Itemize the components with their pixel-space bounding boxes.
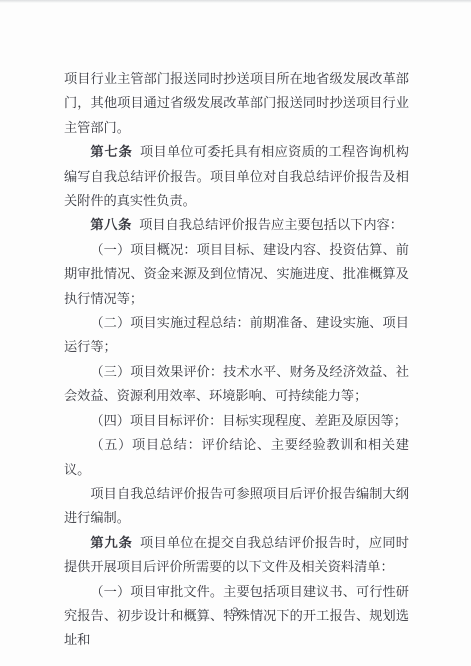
paragraph-text: 项目自我总结评价报告可参照项目后评价报告编制大纲进行编制。 (64, 486, 409, 525)
paragraph-text: （五）项目总结：评价结论、主要经验教训和相关建议。 (64, 437, 409, 476)
paragraph: （四）项目目标评价：目标实现程度、差距及原因等； (64, 409, 409, 433)
paragraph-text: （三）项目效果评价：技术水平、财务及经济效益、社会效益、资源利用效率、环境影响、… (64, 364, 409, 403)
paragraph: （三）项目效果评价：技术水平、财务及经济效益、社会效益、资源利用效率、环境影响、… (64, 360, 409, 409)
paragraph: （二）项目实施过程总结：前期准备、建设实施、项目运行等； (64, 311, 409, 360)
paragraph: 第七条项目单位可委托具有相应资质的工程咨询机构编写自我总结评价报告。项目单位对自… (64, 140, 409, 213)
page-number: 3 (0, 605, 471, 620)
document-page: 项目行业主管部门报送同时抄送项目所在地省级发展改革部门，其他项目通过省级发展改革… (0, 0, 471, 666)
article-number: 第九条 (90, 535, 132, 550)
paragraph: 项目行业主管部门报送同时抄送项目所在地省级发展改革部门，其他项目通过省级发展改革… (64, 67, 409, 140)
paragraph-text: 项目行业主管部门报送同时抄送项目所在地省级发展改革部门，其他项目通过省级发展改革… (64, 71, 409, 135)
paragraph-text: （二）项目实施过程总结：前期准备、建设实施、项目运行等； (64, 315, 409, 354)
paragraph: 第八条项目自我总结评价报告应主要包括以下内容： (64, 213, 409, 237)
article-number: 第八条 (90, 217, 132, 232)
document-body: 项目行业主管部门报送同时抄送项目所在地省级发展改革部门，其他项目通过省级发展改革… (64, 67, 409, 653)
article-number: 第七条 (90, 144, 132, 159)
paragraph-text: 项目自我总结评价报告应主要包括以下内容： (139, 217, 403, 232)
paragraph: 项目自我总结评价报告可参照项目后评价报告编制大纲进行编制。 (64, 482, 409, 531)
paragraph: （五）项目总结：评价结论、主要经验教训和相关建议。 (64, 433, 409, 482)
paragraph: （一）项目概况：项目目标、建设内容、投资估算、前期审批情况、资金来源及到位情况、… (64, 238, 409, 311)
paragraph: 第九条项目单位在提交自我总结评价报告时，应同时提供开展项目后评价所需要的以下文件… (64, 531, 409, 580)
paragraph-text: （一）项目概况：项目目标、建设内容、投资估算、前期审批情况、资金来源及到位情况、… (64, 242, 409, 306)
paragraph-text: （四）项目目标评价：目标实现程度、差距及原因等； (90, 413, 407, 428)
